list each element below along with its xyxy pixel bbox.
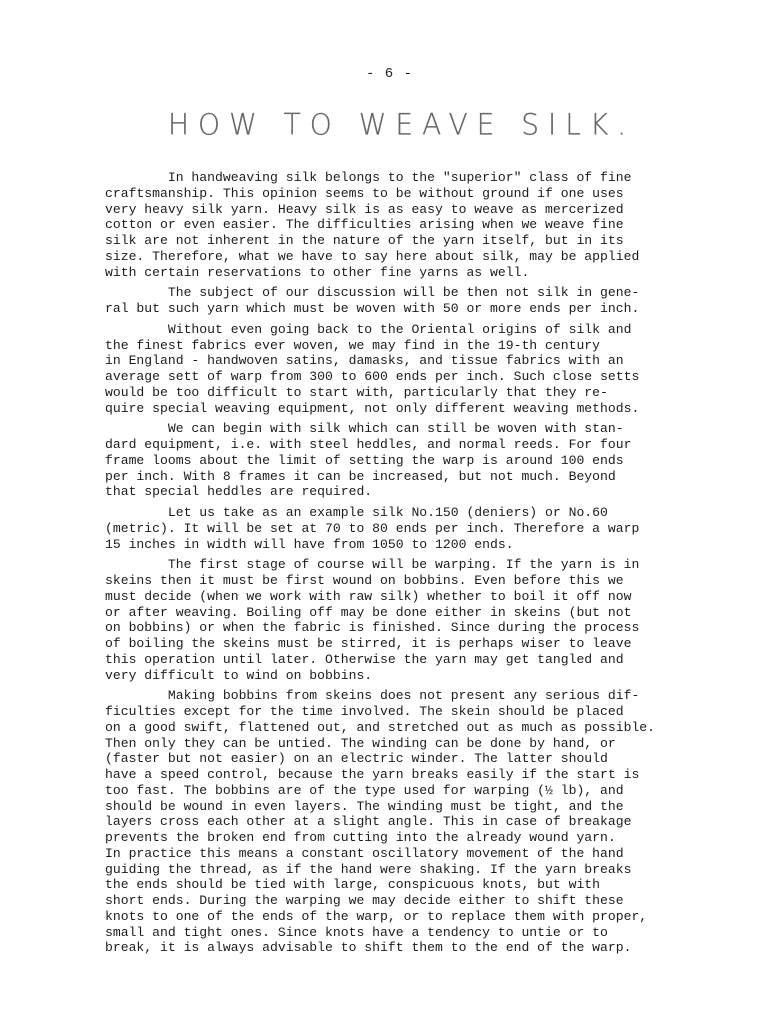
page-title: HOW TO WEAVE SILK. xyxy=(168,107,635,142)
text-line: should be wound in even layers. The wind… xyxy=(105,799,705,815)
text-line: In practice this means a constant oscill… xyxy=(105,846,705,862)
text-line: very difficult to wind on bobbins. xyxy=(105,668,705,684)
paragraph: We can begin with silk which can still b… xyxy=(105,421,705,500)
text-line: silk are not inherent in the nature of t… xyxy=(105,233,705,249)
text-line: frame looms about the limit of setting t… xyxy=(105,453,705,469)
text-line: have a speed control, because the yarn b… xyxy=(105,767,705,783)
text-line: Then only they can be untied. The windin… xyxy=(105,736,705,752)
paragraph: The subject of our discussion will be th… xyxy=(105,285,705,317)
text-line: We can begin with silk which can still b… xyxy=(105,421,705,437)
text-line: that special heddles are required. xyxy=(105,484,705,500)
text-line: the ends should be tied with large, cons… xyxy=(105,877,705,893)
page-number: - 6 - xyxy=(0,66,779,82)
text-line: layers cross each other at a slight angl… xyxy=(105,814,705,830)
text-line: The subject of our discussion will be th… xyxy=(105,285,705,301)
paragraph: Let us take as an example silk No.150 (d… xyxy=(105,505,705,552)
text-line: cotton or even easier. The difficulties … xyxy=(105,217,705,233)
text-line: too fast. The bobbins are of the type us… xyxy=(105,783,705,799)
text-line: the finest fabrics ever woven, we may fi… xyxy=(105,338,705,354)
text-line: must decide (when we work with raw silk)… xyxy=(105,589,705,605)
text-line: very heavy silk yarn. Heavy silk is as e… xyxy=(105,202,705,218)
paragraph: Without even going back to the Oriental … xyxy=(105,322,705,417)
text-line: average sett of warp from 300 to 600 end… xyxy=(105,369,705,385)
body-text: In handweaving silk belongs to the "supe… xyxy=(105,170,705,961)
text-line: 15 inches in width will have from 1050 t… xyxy=(105,537,705,553)
text-line: on a good swift, flattened out, and stre… xyxy=(105,720,705,736)
text-line: prevents the broken end from cutting int… xyxy=(105,830,705,846)
text-line: of boiling the skeins must be stirred, i… xyxy=(105,636,705,652)
text-line: on bobbins) or when the fabric is finish… xyxy=(105,620,705,636)
text-line: per inch. With 8 frames it can be increa… xyxy=(105,469,705,485)
text-line: break, it is always advisable to shift t… xyxy=(105,940,705,956)
text-line: craftsmanship. This opinion seems to be … xyxy=(105,186,705,202)
text-line: in England - handwoven satins, damasks, … xyxy=(105,353,705,369)
text-line: (faster but not easier) on an electric w… xyxy=(105,751,705,767)
text-line: guiding the thread, as if the hand were … xyxy=(105,862,705,878)
text-line: In handweaving silk belongs to the "supe… xyxy=(105,170,705,186)
paragraph: In handweaving silk belongs to the "supe… xyxy=(105,170,705,280)
text-line: The first stage of course will be warpin… xyxy=(105,557,705,573)
text-line: or after weaving. Boiling off may be don… xyxy=(105,605,705,621)
text-line: size. Therefore, what we have to say her… xyxy=(105,249,705,265)
text-line: Without even going back to the Oriental … xyxy=(105,322,705,338)
text-line: this operation until later. Otherwise th… xyxy=(105,652,705,668)
paragraph: Making bobbins from skeins does not pres… xyxy=(105,688,705,956)
text-line: with certain reservations to other fine … xyxy=(105,265,705,281)
text-line: knots to one of the ends of the warp, or… xyxy=(105,909,705,925)
text-line: skeins then it must be first wound on bo… xyxy=(105,573,705,589)
text-line: ral but such yarn which must be woven wi… xyxy=(105,301,705,317)
text-line: would be too difficult to start with, pa… xyxy=(105,385,705,401)
text-line: (metric). It will be set at 70 to 80 end… xyxy=(105,521,705,537)
document-page: - 6 - HOW TO WEAVE SILK. In handweaving … xyxy=(0,0,779,1014)
text-line: quire special weaving equipment, not onl… xyxy=(105,401,705,417)
text-line: short ends. During the warping we may de… xyxy=(105,893,705,909)
paragraph: The first stage of course will be warpin… xyxy=(105,557,705,683)
text-line: dard equipment, i.e. with steel heddles,… xyxy=(105,437,705,453)
text-line: Let us take as an example silk No.150 (d… xyxy=(105,505,705,521)
text-line: Making bobbins from skeins does not pres… xyxy=(105,688,705,704)
text-line: small and tight ones. Since knots have a… xyxy=(105,925,705,941)
text-line: ficulties except for the time involved. … xyxy=(105,704,705,720)
